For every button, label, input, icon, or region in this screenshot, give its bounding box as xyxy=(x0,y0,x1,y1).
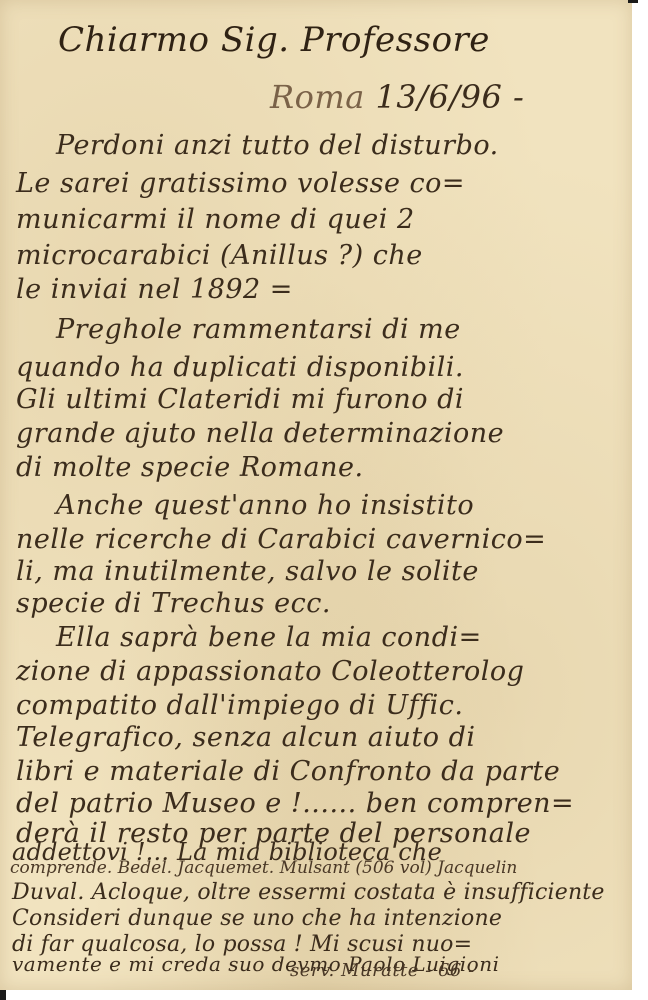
closing-line-1: Consideri dunque se uno che ha intenzion… xyxy=(12,906,502,931)
body-line-5: le inviai nel 1892 = xyxy=(16,274,293,305)
salutation: Chiarmo Sig. Professore xyxy=(58,20,490,60)
body-line-7: quando ha duplicati disponibili. xyxy=(16,352,464,383)
body-line-2: Le sarei gratissimo volesse co= xyxy=(16,168,465,199)
body-line-1: Perdoni anzi tutto del disturbo. xyxy=(56,130,499,161)
body-line-14: specie di Trechus ecc. xyxy=(16,588,331,619)
date-line: Roma 13/6/96 - xyxy=(270,78,524,116)
body-line-4: microcarabici (Anillus ?) che xyxy=(16,240,423,271)
body-line-17: compatito dall'impiego di Uffic. xyxy=(16,690,463,721)
body-line-16: zione di appassionato Coleotterolog xyxy=(16,656,524,687)
body-line-19: libri e materiale di Confronto da parte xyxy=(16,756,560,787)
body-line-20: del patrio Museo e !...... ben compren= xyxy=(16,788,574,819)
body-line-11: Anche quest'anno ho insistito xyxy=(56,490,474,521)
body-line-18: Telegrafico, senza alcun aiuto di xyxy=(16,722,476,753)
date-value: 13/6/96 - xyxy=(375,78,524,116)
small-line-2: Duval. Acloque, oltre essermi costata è … xyxy=(12,880,605,905)
body-line-3: municarmi il nome di quei 2 xyxy=(16,204,415,235)
body-line-12: nelle ricerche di Carabici cavernico= xyxy=(16,524,546,555)
scan-edge-top xyxy=(628,0,638,3)
body-line-10: di molte specie Romane. xyxy=(16,452,364,483)
body-line-6: Preghole rammentarsi di me xyxy=(56,314,461,345)
body-line-9: grande ajuto nella determinazione xyxy=(16,418,504,449)
body-line-15: Ella saprà bene la mia condi= xyxy=(56,622,482,653)
body-line-13: li, ma inutilmente, salvo le solite xyxy=(16,556,479,587)
small-line-1: comprende. Bedel. Jacquemet. Mulsant (50… xyxy=(10,858,517,878)
scan-edge-bottom xyxy=(0,990,6,1000)
place-name: Roma xyxy=(270,78,365,116)
body-line-8: Gli ultimi Clateridi mi furono di xyxy=(16,384,464,415)
sender-address: serv. Muratte - 66 - xyxy=(290,960,475,981)
postcard-paper: Chiarmo Sig. Professore Roma 13/6/96 - P… xyxy=(0,0,632,990)
